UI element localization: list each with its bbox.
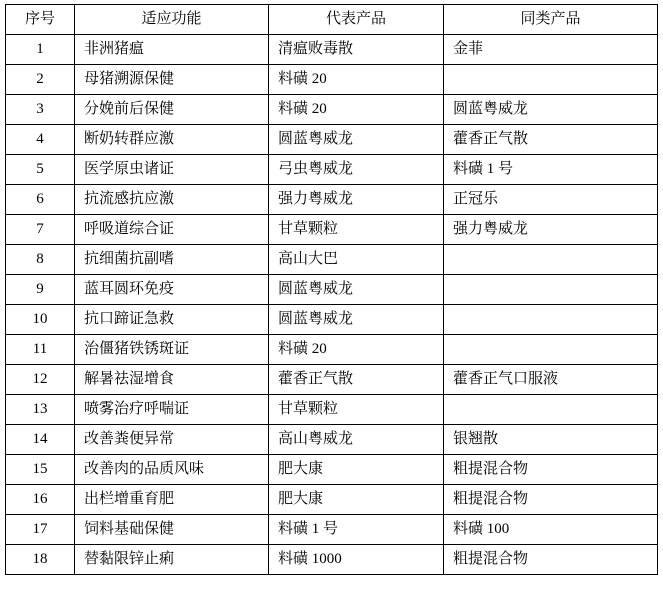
cell-similar: 粗提混合物 [444,485,658,515]
cell-product: 清瘟败毒散 [269,35,444,65]
cell-function: 治僵猪铁锈斑证 [75,335,269,365]
cell-product: 料磺 20 [269,95,444,125]
table-row: 14改善粪便异常高山粤威龙银翘散 [6,425,658,455]
table-header: 序号 适应功能 代表产品 同类产品 [6,5,658,35]
table-row: 3分娩前后保健料磺 20圆蓝粤威龙 [6,95,658,125]
cell-function: 抗口蹄证急救 [75,305,269,335]
cell-no: 11 [6,335,75,365]
table-row: 10抗口蹄证急救圆蓝粤威龙 [6,305,658,335]
cell-no: 10 [6,305,75,335]
table-row: 11治僵猪铁锈斑证料磺 20 [6,335,658,365]
cell-product: 甘草颗粒 [269,395,444,425]
cell-no: 9 [6,275,75,305]
cell-function: 出栏增重育肥 [75,485,269,515]
cell-similar: 正冠乐 [444,185,658,215]
cell-product: 肥大康 [269,485,444,515]
cell-similar [444,245,658,275]
cell-product: 甘草颗粒 [269,215,444,245]
cell-similar: 强力粤威龙 [444,215,658,245]
cell-product: 强力粤威龙 [269,185,444,215]
cell-similar [444,395,658,425]
cell-product: 高山粤威龙 [269,425,444,455]
cell-function: 解暑祛湿增食 [75,365,269,395]
cell-similar: 料磺 1 号 [444,155,658,185]
header-cell-product: 代表产品 [269,5,444,35]
table-row: 12解暑祛湿增食藿香正气散藿香正气口服液 [6,365,658,395]
cell-product: 圆蓝粤威龙 [269,125,444,155]
cell-no: 2 [6,65,75,95]
cell-no: 17 [6,515,75,545]
cell-product: 料磺 20 [269,335,444,365]
cell-no: 6 [6,185,75,215]
cell-similar: 银翘散 [444,425,658,455]
cell-function: 改善肉的品质风味 [75,455,269,485]
cell-no: 14 [6,425,75,455]
cell-function: 喷雾治疗呼喘证 [75,395,269,425]
cell-function: 母猪溯源保健 [75,65,269,95]
table-row: 4断奶转群应激圆蓝粤威龙藿香正气散 [6,125,658,155]
cell-function: 替黏限锌止痢 [75,545,269,575]
cell-function: 抗细菌抗副嗜 [75,245,269,275]
document-page: 序号 适应功能 代表产品 同类产品 1非洲猪瘟清瘟败毒散金菲2母猪溯源保健料磺 … [0,0,663,595]
cell-function: 医学原虫诸证 [75,155,269,185]
cell-product: 高山大巴 [269,245,444,275]
table-row: 7呼吸道综合证甘草颗粒强力粤威龙 [6,215,658,245]
cell-similar: 粗提混合物 [444,545,658,575]
cell-function: 蓝耳圆环免疫 [75,275,269,305]
cell-similar [444,65,658,95]
cell-similar: 藿香正气散 [444,125,658,155]
header-cell-function: 适应功能 [75,5,269,35]
cell-product: 藿香正气散 [269,365,444,395]
header-cell-similar: 同类产品 [444,5,658,35]
cell-no: 12 [6,365,75,395]
product-function-table: 序号 适应功能 代表产品 同类产品 1非洲猪瘟清瘟败毒散金菲2母猪溯源保健料磺 … [5,4,658,575]
cell-similar [444,275,658,305]
cell-product: 肥大康 [269,455,444,485]
table-row: 6抗流感抗应激强力粤威龙正冠乐 [6,185,658,215]
cell-product: 圆蓝粤威龙 [269,305,444,335]
cell-function: 断奶转群应激 [75,125,269,155]
table-row: 16出栏增重育肥肥大康粗提混合物 [6,485,658,515]
cell-no: 7 [6,215,75,245]
table-row: 8抗细菌抗副嗜高山大巴 [6,245,658,275]
cell-similar: 藿香正气口服液 [444,365,658,395]
table-row: 2母猪溯源保健料磺 20 [6,65,658,95]
header-row: 序号 适应功能 代表产品 同类产品 [6,5,658,35]
cell-function: 抗流感抗应激 [75,185,269,215]
cell-product: 弓虫粤威龙 [269,155,444,185]
cell-similar [444,335,658,365]
cell-product: 料磺 20 [269,65,444,95]
table-row: 9蓝耳圆环免疫圆蓝粤威龙 [6,275,658,305]
cell-function: 非洲猪瘟 [75,35,269,65]
table-row: 13喷雾治疗呼喘证甘草颗粒 [6,395,658,425]
table-row: 17饲料基础保健料磺 1 号料磺 100 [6,515,658,545]
table-body: 1非洲猪瘟清瘟败毒散金菲2母猪溯源保健料磺 203分娩前后保健料磺 20圆蓝粤威… [6,35,658,575]
cell-no: 18 [6,545,75,575]
cell-no: 5 [6,155,75,185]
cell-similar [444,305,658,335]
cell-product: 料磺 1 号 [269,515,444,545]
cell-function: 改善粪便异常 [75,425,269,455]
cell-function: 呼吸道综合证 [75,215,269,245]
cell-function: 饲料基础保健 [75,515,269,545]
cell-function: 分娩前后保健 [75,95,269,125]
cell-product: 料磺 1000 [269,545,444,575]
cell-similar: 料磺 100 [444,515,658,545]
cell-product: 圆蓝粤威龙 [269,275,444,305]
cell-similar: 粗提混合物 [444,455,658,485]
cell-no: 3 [6,95,75,125]
table-row: 5医学原虫诸证弓虫粤威龙料磺 1 号 [6,155,658,185]
cell-no: 4 [6,125,75,155]
cell-no: 8 [6,245,75,275]
header-cell-no: 序号 [6,5,75,35]
table-row: 18替黏限锌止痢料磺 1000粗提混合物 [6,545,658,575]
table-row: 1非洲猪瘟清瘟败毒散金菲 [6,35,658,65]
cell-no: 16 [6,485,75,515]
cell-similar: 圆蓝粤威龙 [444,95,658,125]
cell-similar: 金菲 [444,35,658,65]
cell-no: 13 [6,395,75,425]
table-row: 15改善肉的品质风味肥大康粗提混合物 [6,455,658,485]
cell-no: 15 [6,455,75,485]
cell-no: 1 [6,35,75,65]
